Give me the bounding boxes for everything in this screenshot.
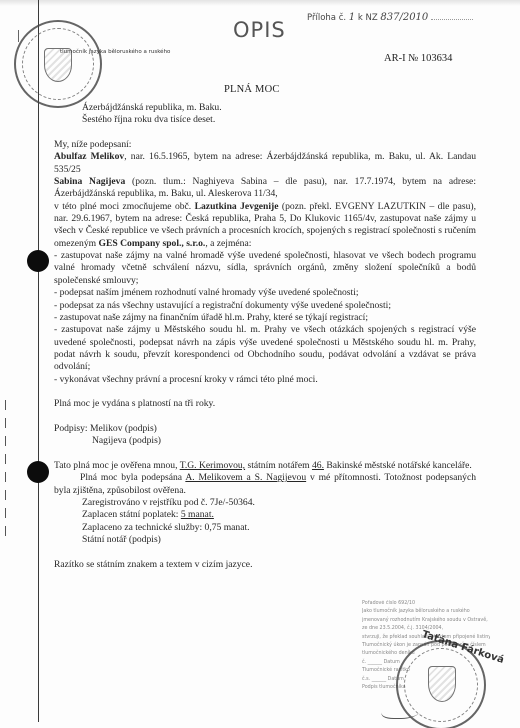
punch-hole-icon [27,461,49,483]
registry-entry: Zaregistrováno v rejstříku pod č. 7Je/-5… [82,497,476,509]
notary-certification: Tato plná moc je ověřena mnou, T.G. Keri… [54,460,476,472]
fee-label: Zaplacen státní poplatek: [82,509,181,520]
party-2: Sabina Nagijeva (pozn. tlum.: Naghiyeva … [54,176,476,201]
company-name: GES Company spol., s.r.o. [99,238,206,249]
translator-seal-stamp-icon [14,20,102,108]
state-fee: Zaplacen státní poplatek: 5 manat. [82,509,476,521]
agent-name: Lazutkina Jevgenije [195,201,279,212]
document-number: AR-I № 103634 [384,53,452,64]
party-1: Abulfaz Melikov, nar. 16.5.1965, bytem n… [54,151,476,176]
signatures-label: Podpisy: Melikov (podpis) [54,423,476,435]
notary-office: Bakinské městské notářské kanceláře. [324,460,472,471]
party-2-name: Sabina Nagijeva [54,176,125,187]
signed-by: A. Melikovem a S. Nagijevou [185,472,306,483]
intro: My, níže podepsaní: [54,139,476,151]
power-item: - zastupovat naše zájmy u Městského soud… [54,324,476,373]
attachment-reference: Příloha č. 1 k NZ 837/2010 [307,12,473,23]
copy-mark: OPIS [233,18,286,42]
power-item: - podepsat za nás všechny ustavující a r… [54,300,476,312]
power-item: - podepsat naším jménem rozhodnutí valné… [54,287,476,299]
attachment-prefix: Příloha č. [307,13,346,23]
party-1-name: Abulfaz Melikov [54,151,124,162]
clause-line: Pořadové číslo 692/10 [362,600,490,608]
signed-intro: Plná moc byla podepsána [80,472,185,483]
dotted-line [431,19,473,20]
document-body: Ázerbájdžánská republika, m. Baku. Šesté… [82,102,476,571]
attachment-number: 1 [349,12,355,23]
punch-hole-icon [27,250,49,272]
seal-text: tlumočník jazyka běloruského a ruského [60,49,170,55]
clause-line: Jako tlumočník jazyka běloruského a rusk… [362,608,490,616]
signed-statement: Plná moc byla podepsána A. Melikovem a S… [54,472,476,497]
coat-of-arms-icon [428,666,456,702]
powers-list: - zastupovat naše zájmy na valné hromadě… [54,250,476,386]
clause-line: jmenovaný rozhodnutím Krajského soudu v … [362,617,490,625]
validity: Plná moc je vydána s platností na tři ro… [54,398,476,410]
place: Ázerbájdžánská republika, m. Baku. [82,102,476,114]
binding-margin-line [38,0,39,722]
notary-signature: Státní notář (podpis) [82,534,476,546]
date: Šestého října roku dva tisíce deset. [82,114,476,126]
scan-edge [0,0,520,6]
document-page: tlumočník jazyka běloruského a ruského O… [0,0,520,728]
authorization: v této plné moci zmocňujeme obč. Lazutki… [54,201,476,250]
document-title: PLNÁ MOC [224,84,280,95]
signature-2: Nagijeva (podpis) [92,435,476,447]
attachment-ref: 837/2010 [380,12,428,23]
binding-mark [18,30,19,42]
notary-name: T.G. Kerimovou, [180,460,245,471]
notary-role: státním notářem [245,460,312,471]
technical-fee: Zaplaceno za technické služby: 0,75 mana… [82,522,476,534]
authorization-intro: v této plné moci zmocňujeme obč. [54,201,195,212]
stamp-note: Razítko se státním znakem a textem v ciz… [54,559,476,571]
attachment-label: k NZ [358,13,378,23]
authorization-end: , a zejména: [205,238,251,249]
binding-dashed-line [5,400,6,540]
notary-office-number: 46. [312,460,324,471]
notary-intro: Tato plná moc je ověřena mnou, [54,460,180,471]
power-item: - vykonávat všechny právní a procesní kr… [54,374,476,386]
power-item: - zastupovat naše zájmy na valné hromadě… [54,250,476,287]
fee-value: 5 manat. [181,509,214,520]
power-item: - zastupovat naše zájmy na finančním úřa… [54,312,476,324]
